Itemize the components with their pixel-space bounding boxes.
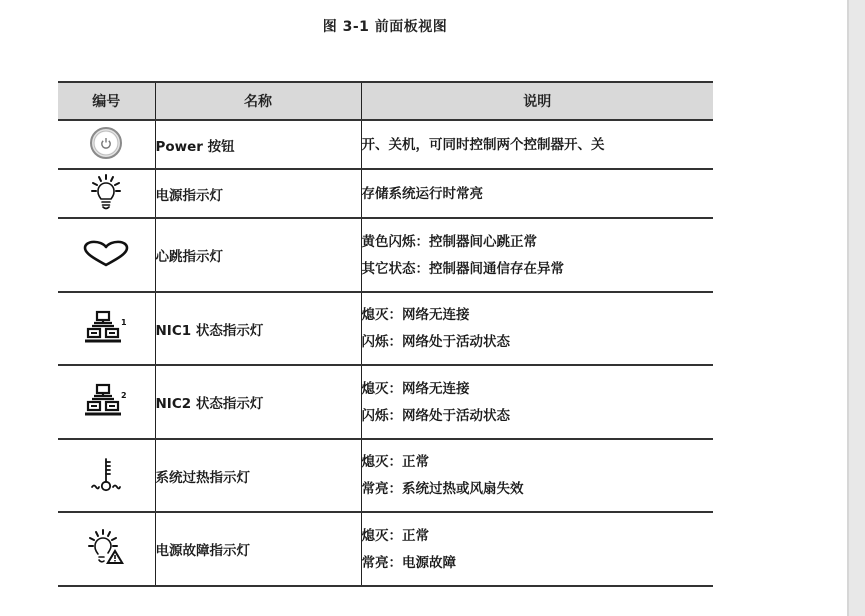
description-line: 闪烁：网络处于活动状态	[362, 407, 714, 434]
network-badge: 1	[121, 318, 127, 327]
icon-cell: 1	[58, 292, 155, 365]
row-description: 熄灭：网络无连接 闪烁：网络处于活动状态	[361, 365, 713, 439]
figure-title: 图 3-1 前面板视图	[0, 16, 770, 36]
description-line: 其它状态：控制器间通信存在异常	[362, 260, 714, 287]
thermometer-icon	[86, 454, 126, 498]
light-bulb-icon	[89, 173, 123, 215]
description-line: 常亮：电源故障	[362, 554, 714, 581]
icon-cell: 2	[58, 365, 155, 439]
document-page: 图 3-1 前面板视图 编号 名称 说明	[0, 0, 847, 616]
network-badge: 2	[121, 391, 127, 400]
header-description: 说明	[361, 82, 713, 120]
description-line: 熄灭：正常	[362, 518, 714, 554]
table-row: 1 NIC1 状态指示灯 熄灭：网络无连接 闪烁：网络处于活动状态	[58, 292, 713, 365]
description-line: 黄色闪烁：控制器间心跳正常	[362, 224, 714, 260]
heart-icon	[82, 239, 130, 271]
icon-cell	[58, 169, 155, 218]
row-name: NIC2 状态指示灯	[155, 365, 361, 439]
front-panel-table: 编号 名称 说明	[58, 81, 713, 587]
table-row: 电源故障指示灯 熄灭：正常 常亮：电源故障	[58, 512, 713, 586]
description-line: 存储系统运行时常亮	[362, 176, 714, 212]
network-icon: 2	[84, 382, 128, 422]
description-line: 熄灭：网络无连接	[362, 297, 714, 333]
network-icon: 1	[84, 309, 128, 349]
row-name: 系统过热指示灯	[155, 439, 361, 512]
row-name: 电源指示灯	[155, 169, 361, 218]
table-row: 电源指示灯 存储系统运行时常亮	[58, 169, 713, 218]
table-row: 系统过热指示灯 熄灭：正常 常亮：系统过热或风扇失效	[58, 439, 713, 512]
scrollbar-track[interactable]	[847, 0, 865, 616]
icon-cell	[58, 439, 155, 512]
row-description: 黄色闪烁：控制器间心跳正常 其它状态：控制器间通信存在异常	[361, 218, 713, 292]
icon-cell	[58, 512, 155, 586]
description-line: 熄灭：网络无连接	[362, 371, 714, 407]
row-name: NIC1 状态指示灯	[155, 292, 361, 365]
icon-cell	[58, 120, 155, 169]
description-line: 熄灭：正常	[362, 444, 714, 480]
row-description: 熄灭：正常 常亮：系统过热或风扇失效	[361, 439, 713, 512]
row-name: Power 按钮	[155, 120, 361, 169]
description-line: 常亮：系统过热或风扇失效	[362, 480, 714, 507]
header-name: 名称	[155, 82, 361, 120]
description-line: 闪烁：网络处于活动状态	[362, 333, 714, 360]
table-header-row: 编号 名称 说明	[58, 82, 713, 120]
row-description: 熄灭：网络无连接 闪烁：网络处于活动状态	[361, 292, 713, 365]
table-row: 2 NIC2 状态指示灯 熄灭：网络无连接 闪烁：网络处于活动状态	[58, 365, 713, 439]
row-name: 心跳指示灯	[155, 218, 361, 292]
row-name: 电源故障指示灯	[155, 512, 361, 586]
power-button-icon	[89, 126, 123, 164]
description-line: 开、关机，可同时控制两个控制器开、关	[362, 127, 714, 163]
row-description: 开、关机，可同时控制两个控制器开、关	[361, 120, 713, 169]
header-number: 编号	[58, 82, 155, 120]
table-row: 心跳指示灯 黄色闪烁：控制器间心跳正常 其它状态：控制器间通信存在异常	[58, 218, 713, 292]
bulb-warning-icon	[84, 527, 128, 571]
row-description: 熄灭：正常 常亮：电源故障	[361, 512, 713, 586]
row-description: 存储系统运行时常亮	[361, 169, 713, 218]
icon-cell	[58, 218, 155, 292]
table-row: Power 按钮 开、关机，可同时控制两个控制器开、关	[58, 120, 713, 169]
